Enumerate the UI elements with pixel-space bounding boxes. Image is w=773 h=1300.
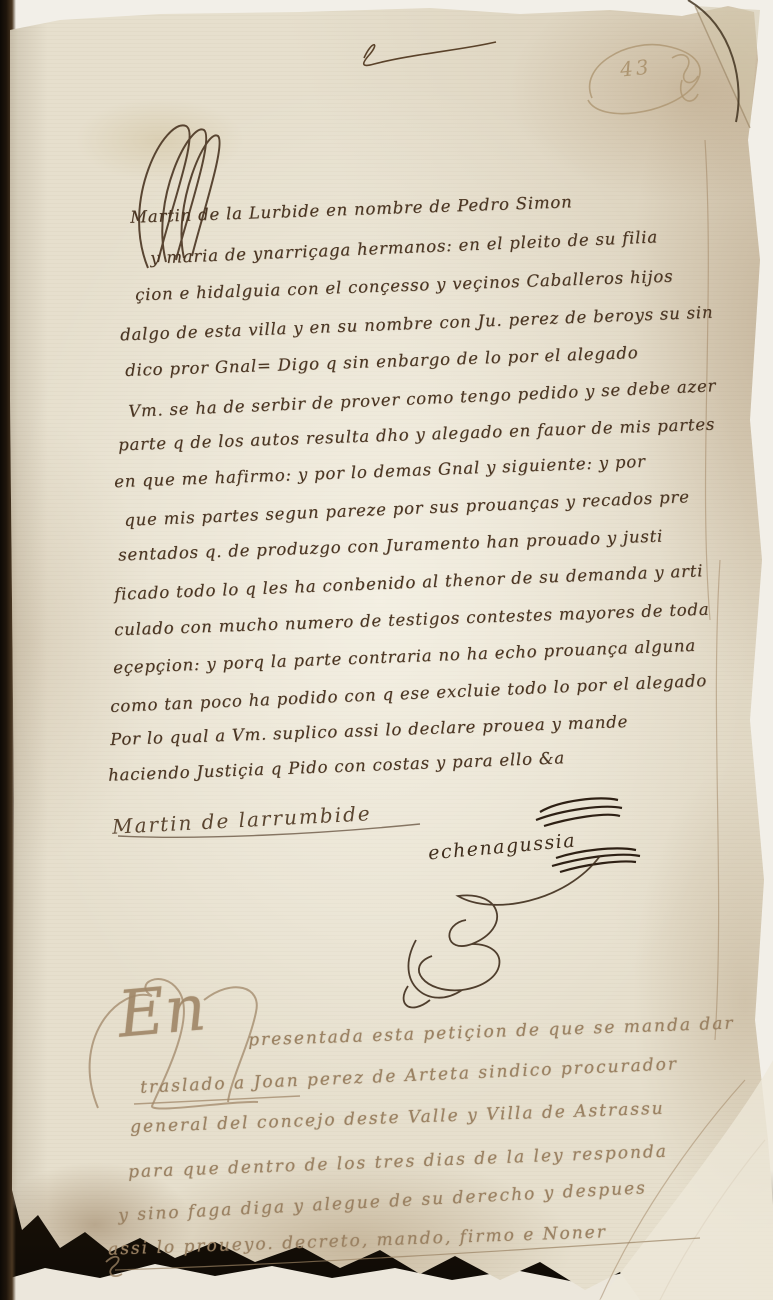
manuscript-line: presentada esta petiçion de que se manda… [248, 1014, 735, 1051]
manuscript-scan: 43 Martin de la Lurbide en nombre de Ped… [0, 0, 773, 1300]
manuscript-line: general del concejo deste Valle y Villa … [130, 1099, 665, 1138]
manuscript-line: traslado a Joan perez de Arteta sindico … [140, 1054, 679, 1097]
manuscript-line: para que dentro de los tres dias de la l… [128, 1142, 669, 1183]
manuscript-line: assi lo proueyo. decreto, mando, firmo e… [108, 1222, 607, 1259]
decree-text-block: presentada esta petiçion de que se manda… [0, 0, 773, 1300]
manuscript-line: y sino faga diga y alegue de su derecho … [118, 1178, 648, 1226]
